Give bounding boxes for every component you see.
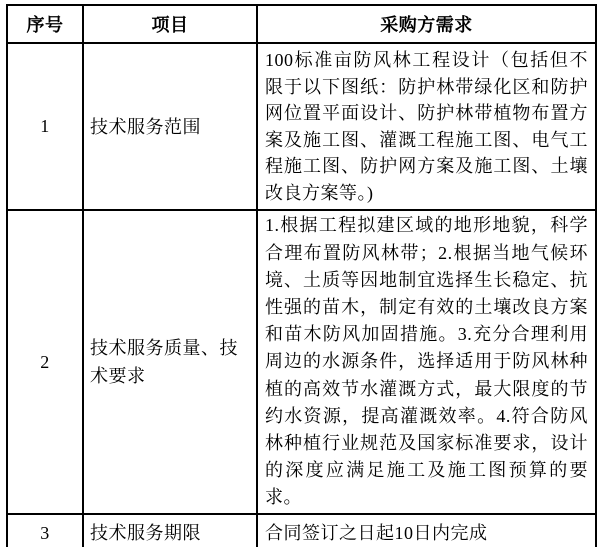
procurement-requirements-table: 序号 项目 采购方需求 1 技术服务范围 100标准亩防风林工程设计（包括但不限… xyxy=(6,4,597,547)
header-cell-no: 序号 xyxy=(7,5,83,43)
table-row: 2 技术服务质量、技术要求 1.根据工程拟建区域的地形地貌，科学合理布置防风林带… xyxy=(7,210,596,514)
row-number-cell: 2 xyxy=(7,210,83,514)
table-header-row: 序号 项目 采购方需求 xyxy=(7,5,596,43)
requirement-cell: 1.根据工程拟建区域的地形地貌，科学合理布置防风林带；2.根据当地气候环境、土质… xyxy=(257,210,596,514)
row-number-cell: 1 xyxy=(7,43,83,210)
requirement-cell: 100标准亩防风林工程设计（包括但不限于以下图纸：防护林带绿化区和防护网位置平面… xyxy=(257,43,596,210)
item-cell: 技术服务范围 xyxy=(83,43,257,210)
item-cell: 技术服务期限 xyxy=(83,514,257,547)
header-cell-item: 项目 xyxy=(83,5,257,43)
table-row: 1 技术服务范围 100标准亩防风林工程设计（包括但不限于以下图纸：防护林带绿化… xyxy=(7,43,596,210)
item-cell: 技术服务质量、技术要求 xyxy=(83,210,257,514)
table-row: 3 技术服务期限 合同签订之日起10日内完成 xyxy=(7,514,596,547)
header-cell-requirement: 采购方需求 xyxy=(257,5,596,43)
document-page: 序号 项目 采购方需求 1 技术服务范围 100标准亩防风林工程设计（包括但不限… xyxy=(0,0,600,547)
row-number-cell: 3 xyxy=(7,514,83,547)
requirement-cell: 合同签订之日起10日内完成 xyxy=(257,514,596,547)
